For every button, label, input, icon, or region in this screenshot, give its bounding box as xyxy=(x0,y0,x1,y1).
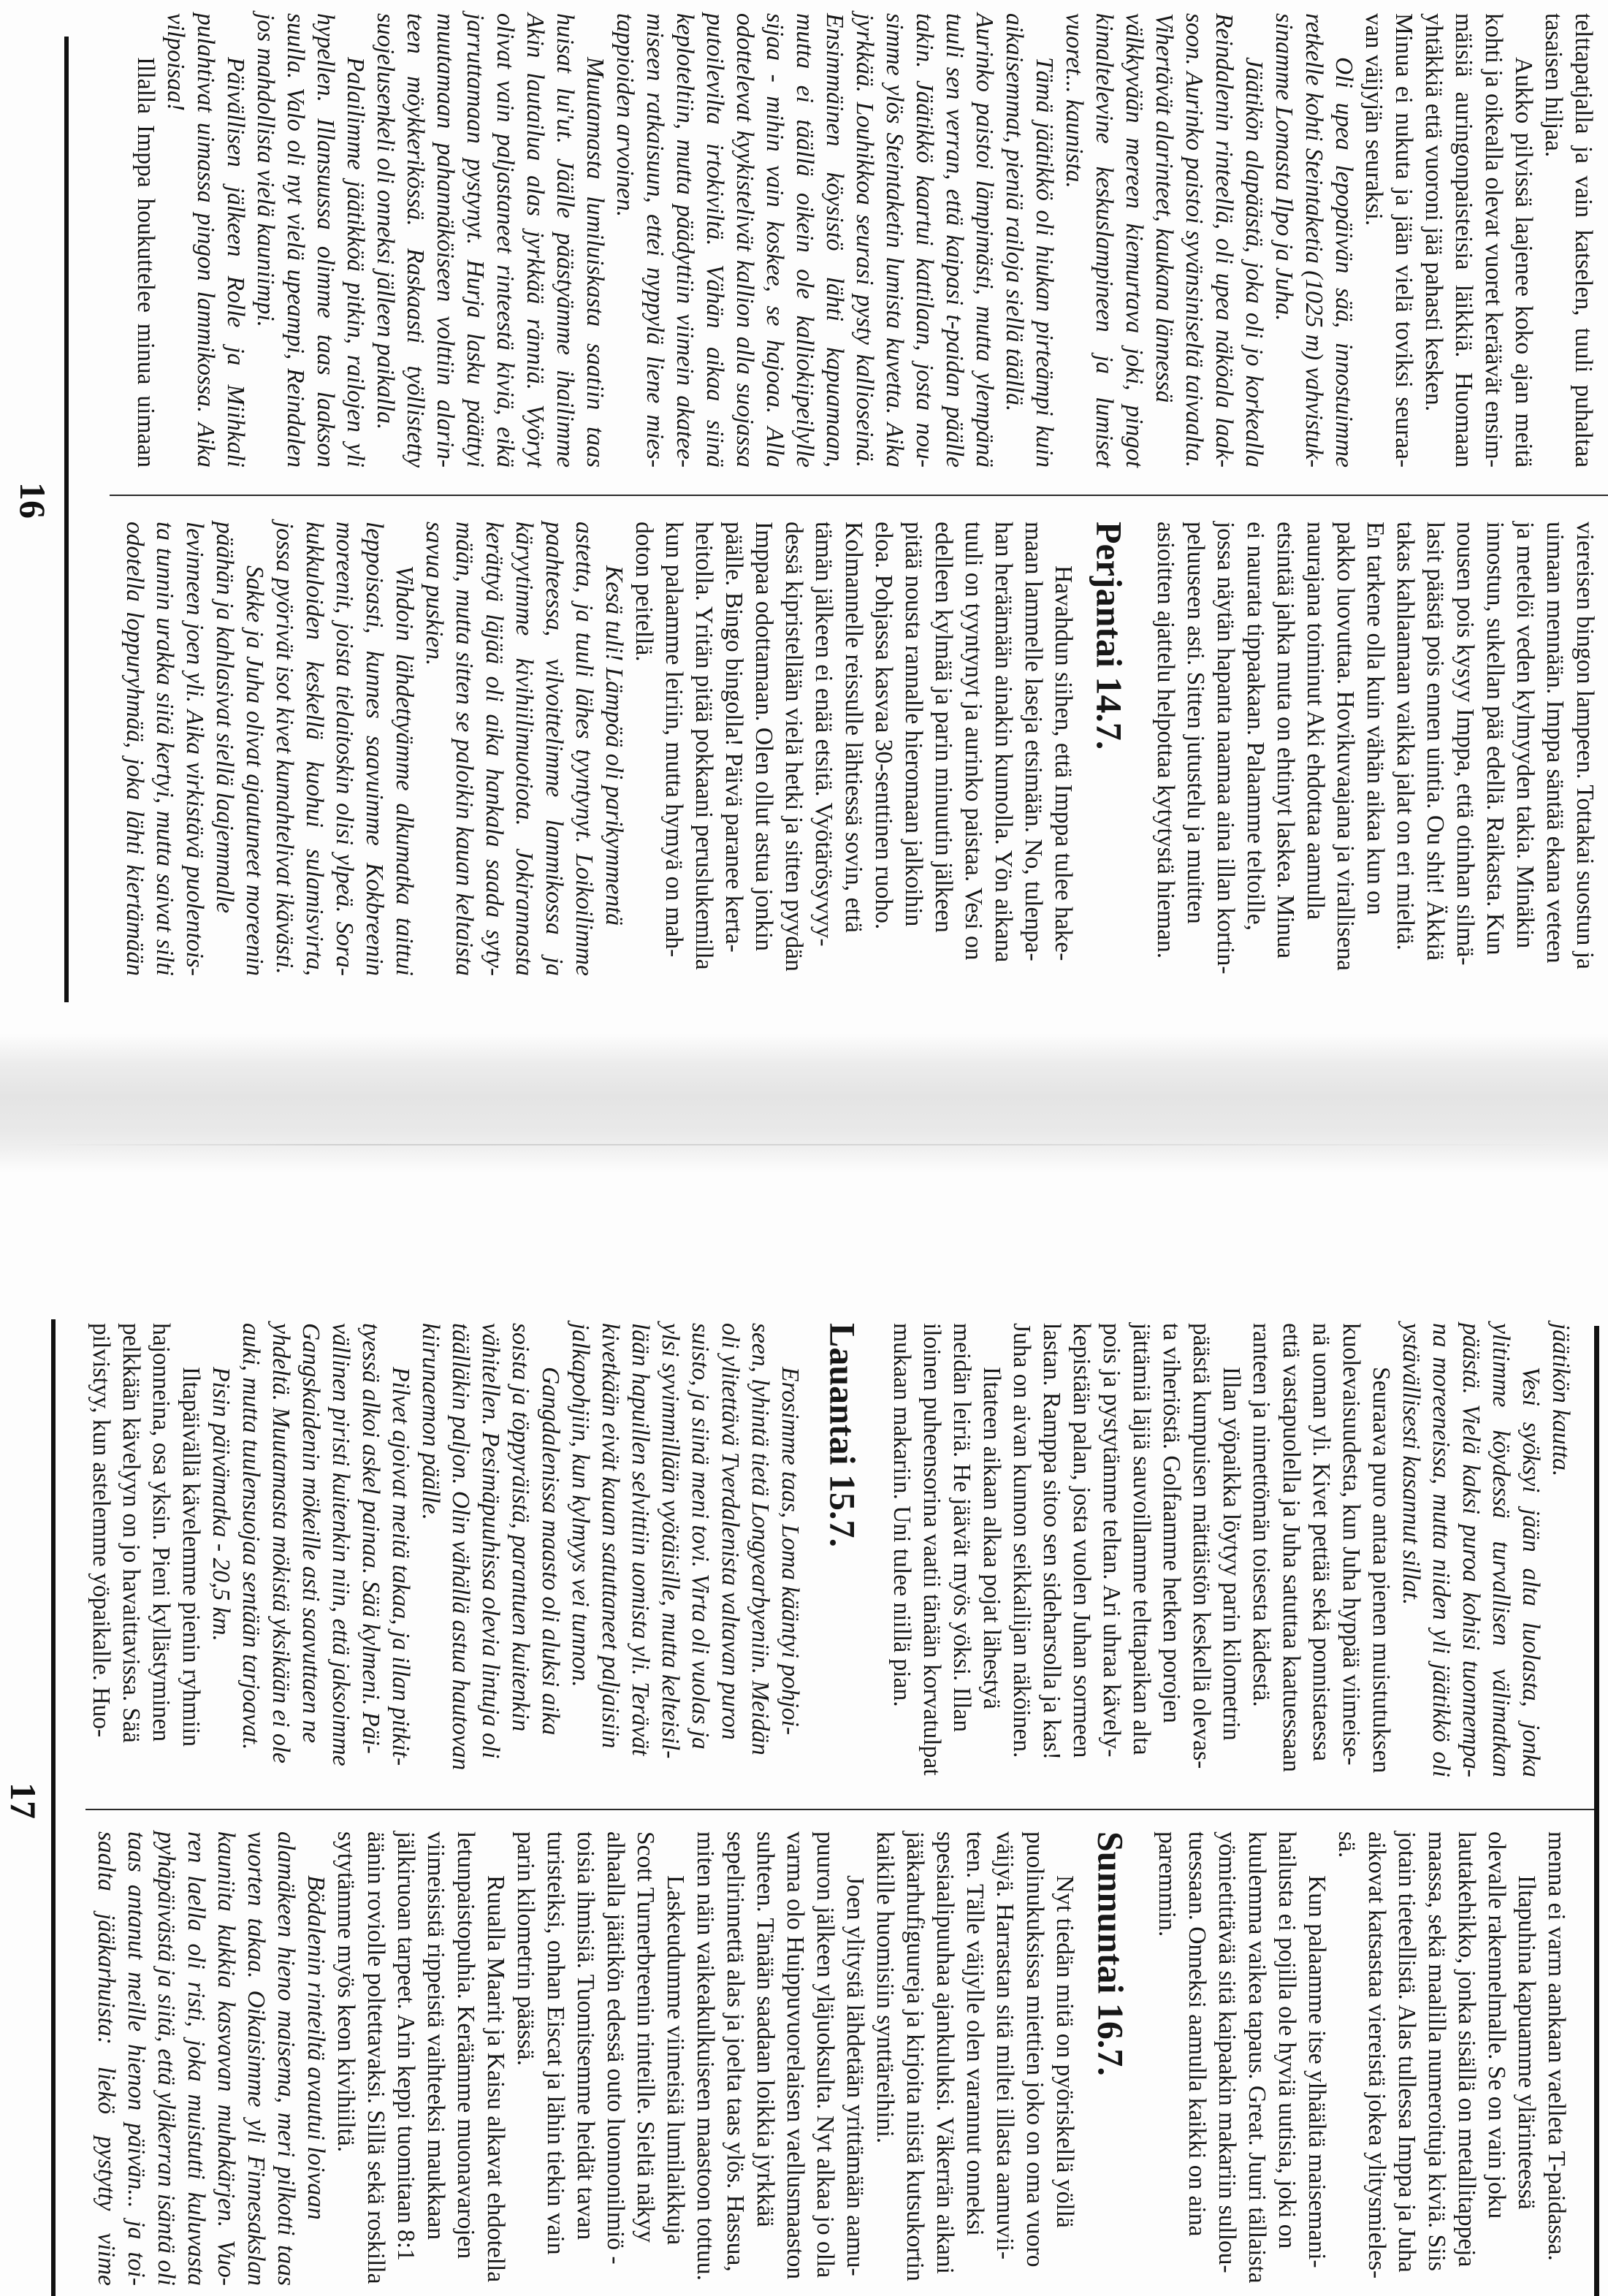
text-line: nousen pois kysyy Imppa, että otinhan si… xyxy=(1450,522,1480,976)
text-line: Vesi syöksyi jään alta luolasta, jonka xyxy=(1516,1323,1546,1777)
text-line: mukaan makariin. Uni tulee niillä pian. xyxy=(887,1323,917,1777)
text-line: Scott Turnerbreenin rinteille. Sieltä nä… xyxy=(630,1831,660,2286)
text-line: kaikille huomisiin synttäreihini. xyxy=(870,1831,900,2286)
text-line: jääkarhufiguureja ja kirjoita niistä kut… xyxy=(900,1831,930,2286)
text-line: odottelevat kyykistelivät kallion alla s… xyxy=(730,13,760,468)
text-line: viereisen bingon lampeen. Tottakai suost… xyxy=(1570,522,1600,976)
text-line: takas kahlaamaan vaikka jalat on eri mie… xyxy=(1390,522,1420,976)
text-line: pulahtivat uimassa pingon lammikossa. Ai… xyxy=(191,13,221,468)
text-line: menna ei varm aankaan vaelleta T-paidass… xyxy=(1542,1831,1571,2286)
text-line: Reindalenin rinteellä, oli upea näköala … xyxy=(1209,13,1239,468)
text-line: Pisin päivämatka - 20,5 km. xyxy=(206,1323,236,1777)
text-line: Vihertävät alarinteet, kaukana lännessä xyxy=(1149,13,1179,468)
text-line: yhdeltä. Muutamasta mökistä yksikään ei … xyxy=(266,1323,296,1777)
text-line: vilpoisaa! xyxy=(161,13,191,468)
text-line: spesiaalipuuhaa ajankuluksi. Väkerrän ai… xyxy=(930,1831,960,2286)
text-line: huisat lui'ut. Jäälle päästyämme ihailim… xyxy=(550,13,580,468)
text-line: suisto, ja siinä meni tovi. Virta oli vu… xyxy=(685,1323,715,1777)
text-line: pyhäpäivästä ja siitä, että yläkerran is… xyxy=(151,1831,181,2286)
text-line: Illan yöpaikka löytyy parin kilometrin xyxy=(1216,1323,1246,1777)
text-line: han heräämään ainakin kunnolla. Yön aika… xyxy=(988,522,1018,976)
text-line: letunpaistopuhia. Keräämme muonavarojen xyxy=(451,1831,481,2286)
text-line: na moreeneissa, mutta niiden yli jäätikk… xyxy=(1426,1323,1456,1777)
text-line: mutta ei täällä oikein ole kalliokiipeil… xyxy=(790,13,820,468)
text-line: ylsi syvimmillään vyötäisille, mutta kel… xyxy=(655,1323,685,1777)
text-line: teen. Tälle väijylle olen varannut onnek… xyxy=(960,1831,990,2286)
text-line: pakko luovuttaa. Hovikuvaajana ja virall… xyxy=(1330,522,1360,976)
text-line: van väijyjän seuraksi. xyxy=(1359,13,1389,468)
text-line: sä. xyxy=(1332,1831,1362,2286)
text-line: Ruualla Maarit ja Kaisu alkavat ehdotell… xyxy=(481,1831,511,2286)
text-line: ystävällisesti kasannut sillat. xyxy=(1396,1323,1426,1777)
text-line: Iltateen aikaan alkaa pojat lähestyä xyxy=(977,1323,1007,1777)
text-line: olevalle rakennelmalle. Se on vain joku xyxy=(1482,1831,1512,2286)
text-line: olivat vain paljastaneet rinteestä kiviä… xyxy=(490,13,520,468)
text-line: tuuli sen verran, että kaipasi t-paidan … xyxy=(940,13,969,468)
text-line: päästä. Vielä kaksi puroa kohisi tuonnem… xyxy=(1456,1323,1486,1777)
text-line: takin. Jäätikkö kaartui kattilaan, josta… xyxy=(910,13,940,468)
text-line: ranteen ja nimettömän toisesta kädestä. xyxy=(1246,1323,1276,1777)
text-line: Pilvet ajoivat meitä takaa, ja illan pit… xyxy=(386,1323,416,1777)
text-line: varma olo Huippuvuorelaisen vaellusmaast… xyxy=(780,1831,810,2286)
text-line: Imppaa odottamaan. Olen ollut astua jonk… xyxy=(749,522,779,976)
text-line: käryytimme kivihiilimuotiota. Jokirannas… xyxy=(509,522,539,976)
text-line: Joen ylitystä lähdetään yrittämään aamu- xyxy=(840,1831,870,2286)
page-17-bottom-rule xyxy=(51,1319,56,2296)
section-heading: Lauantai 15.7. xyxy=(821,1323,865,1777)
text-line: ei naurata tippaakaan. Palaamme teltoill… xyxy=(1241,522,1270,976)
text-line: toisia ihmisiä. Tuomitsemme heidät tavan xyxy=(571,1831,601,2286)
text-line: lautakehikko, jonka sisällä on metallita… xyxy=(1452,1831,1482,2286)
text-line: Ensimmäinen köysistö lähti kapuamaan, xyxy=(820,13,850,468)
text-line: jalkapohjiin, kun kylmyys vei tunnon. xyxy=(565,1323,595,1777)
text-line: Akin lautailua alas jyrkkää ränniä. Vyör… xyxy=(520,13,550,468)
text-line: oli ylitettävä Tverdalenista valtavan pu… xyxy=(715,1323,745,1777)
text-line: En tarkene olla kuin vähän aikaa kun on xyxy=(1360,522,1390,976)
text-line: Gangskaidenin mökeille asti saavuttaen n… xyxy=(296,1323,326,1777)
text-line: puuron jälkeen yläjuoksulta. Nyt alkaa j… xyxy=(810,1831,840,2286)
text-line: Iltapäivällä kävelemme pienin ryhmiin xyxy=(176,1323,206,1777)
section-heading: Perjantai 14.7. xyxy=(1088,522,1132,976)
page-number: 16 xyxy=(17,482,49,519)
text-line: hajonneina, osa yksin. Pieni kyllästymin… xyxy=(146,1323,176,1777)
text-line: doton peitellä. xyxy=(629,522,659,976)
text-line: jarruttamaan pystynyt. Hurja lasku päätt… xyxy=(460,13,490,468)
text-line: jälkiruoan tarpeet. Arin keppi tuomitaan… xyxy=(391,1831,421,2286)
text-line: sinamme Lomasta Ilpo ja Juha. xyxy=(1269,13,1299,468)
text-line: kun palaamme leiriin, mutta hymyä on mah… xyxy=(659,522,689,976)
text-line: kuolevaisuudesta, kun Juha hyppää viimei… xyxy=(1336,1323,1366,1777)
text-line: lasit päästä pois ennen uintia. Ou shit!… xyxy=(1420,522,1450,976)
text-line: että vastapuolella ja Juha satuttaa kaat… xyxy=(1276,1323,1306,1777)
text-line: aikovat katsastaa viereistä jokea ylitys… xyxy=(1362,1831,1392,2286)
text-line: suojelusenkeli oli onneksi jälleen paika… xyxy=(370,13,400,468)
text-line: saalta jääkarhuista: liekö pystytty viim… xyxy=(91,1831,121,2286)
text-line: Erosimme taas, Loma kääntyi pohjoi- xyxy=(775,1323,805,1777)
text-line: sepelirinnettä alas ja joelta taas ylös.… xyxy=(720,1831,750,2286)
text-line: tappioiden arvoinen. xyxy=(610,13,640,468)
text-line: kerättyä läjää oli aika hankala saada sy… xyxy=(479,522,509,976)
text-line: pitää nousta rannalle hieromaan jalkoihi… xyxy=(899,522,929,976)
text-line: jättämiä läjiä sauvoillamme telttapaikan… xyxy=(1127,1323,1157,1777)
text-column-1: telttapatjalla ja vain katselen, tuuli p… xyxy=(131,13,1599,468)
text-line: hailusta ei pojilla ole hyviä uutisia, j… xyxy=(1272,1831,1302,2286)
text-line: taas antanut meille hienon päivän... ja … xyxy=(121,1831,151,2286)
text-line: peluuseen asti. Sitten jutustelu ja muit… xyxy=(1181,522,1211,976)
text-line: auki, mutta tuulensuojaa sentään tarjoav… xyxy=(236,1323,266,1777)
text-line: seen, lyhintä tietä Longyearbyeniin. Mei… xyxy=(745,1323,775,1777)
text-line: jäätikön kautta. xyxy=(1546,1323,1576,1777)
text-line: kiirunaemon päälle. xyxy=(416,1323,446,1777)
page-crease xyxy=(44,1144,1578,1145)
text-line: tämän jälkeen ei enää etsitä. Vyötärösyv… xyxy=(809,522,839,976)
text-line: puolinukuksissa miettien joko on oma vuo… xyxy=(1020,1831,1050,2286)
text-line: moreenit, joista tielaitoskin olisi ylpe… xyxy=(329,522,359,976)
text-line: kauniita kukkia kasvavan muhakärjen. Vuo… xyxy=(211,1831,241,2286)
text-line: ta tunnin urakka siitä kertyi, mutta sai… xyxy=(150,522,180,976)
text-line: väijyä. Harrastan sitä miltei illasta aa… xyxy=(990,1831,1020,2286)
section-heading: Sunnuntai 16.7. xyxy=(1089,1831,1133,2286)
text-column-1: jäätikön kautta. Vesi syöksyi jään alta … xyxy=(86,1323,1576,1777)
text-line: retkelle kohti Steintaketia (1025 m) vah… xyxy=(1299,13,1329,468)
text-line: Kolmannelle reissulle lähtiessä sovin, e… xyxy=(839,522,869,976)
text-line: hypellen. Illansuussa olimme taas laakso… xyxy=(310,13,340,468)
text-line: jos mahdollista vielä kauniimpi. xyxy=(251,13,281,468)
text-line: lastan. Ramppa sitoo sen sideharsolla ja… xyxy=(1037,1323,1067,1777)
text-line: pelkkään kävelyyn on jo havaittavissa. S… xyxy=(116,1323,146,1777)
text-column-2: menna ei varm aankaan vaelleta T-paidass… xyxy=(91,1831,1571,2286)
text-line: päästä kumpuisen mättäistön keskellä ole… xyxy=(1186,1323,1216,1777)
text-line: jossa pyörivät isot kivet kumahtelivat i… xyxy=(270,522,300,976)
text-line: Minua ei nukuta ja jään vielä toviksi se… xyxy=(1389,13,1419,468)
text-line: eloa. Pohjassa kasvaa 30-senttinen ruoho… xyxy=(869,522,899,976)
text-line: Oli upea lepopäivän sää, innostuimme xyxy=(1329,13,1359,468)
text-line: Nyt tiedän mitä on pyöriskellä yöllä xyxy=(1050,1831,1080,2286)
page-gutter xyxy=(0,1034,1608,1172)
text-line: vähitellen. Pesimäpuuhissa olevia lintuj… xyxy=(476,1323,506,1777)
text-line: ja metelöi veden kylmyyden takia. Minäki… xyxy=(1510,522,1540,976)
text-line: jossa näytän hapanta naamaa aina illan k… xyxy=(1211,522,1241,976)
text-line: päähän ja kahlasivat siellä laajemmalle xyxy=(210,522,240,976)
text-line: miseen ratkaisuun, ettei nyppylä liene m… xyxy=(640,13,670,468)
text-line: Kun palaamme itse ylhäältä maisemani- xyxy=(1302,1831,1332,2286)
page-16-bottom-rule xyxy=(64,37,69,1002)
text-line: Aurinko paistoi lämpimästi, mutta ylempä… xyxy=(969,13,999,468)
text-line: Kesä tuli! Lämpöä oli parikymmentä xyxy=(599,522,629,976)
text-line: odotella loppuryhmää, joka lähti kiertäm… xyxy=(120,522,150,976)
text-line: Laskeudumme viimeisiä lumilaikkuja xyxy=(660,1831,690,2286)
text-line: sijaa - mihin vain koskee, se hajoaa. Al… xyxy=(760,13,790,468)
text-line: miten näin vaikeakulkuiseen maastoon tot… xyxy=(690,1831,720,2286)
text-line: putoilevilta irtokiviltä. Vähän aikaa si… xyxy=(700,13,730,468)
text-line: mään, mutta sitten se paloikin kauan kel… xyxy=(449,522,479,976)
text-line: astetta, ja tuuli lähes tyyntynyt. Loiko… xyxy=(569,522,599,976)
text-line: simme ylös Steintaketin lumista kuvetta.… xyxy=(880,13,910,468)
text-line: telttapatjalla ja vain katselen, tuuli p… xyxy=(1569,13,1599,468)
text-line: vuoret... kaunista. xyxy=(1059,13,1089,468)
text-line: keploteltiin, mutta päädyttiin viimein a… xyxy=(670,13,700,468)
text-line: maassa, sekä maalilla numeroituja kiviä.… xyxy=(1422,1831,1452,2286)
text-line: heitolla. Yritän pitää pokkaani perusluk… xyxy=(689,522,719,976)
text-line: tuessaan. Onneksi aamulla kaikki on aina xyxy=(1182,1831,1212,2286)
text-line: vuorten takaa. Oikaisimme yli Finnesaksl… xyxy=(241,1831,271,2286)
text-line: Illalla Imppa houkuttelee minua uimaan xyxy=(131,13,161,468)
text-line: Jäätikön alapäästä, joka oli jo korkeall… xyxy=(1239,13,1269,468)
text-line: soon. Aurinko paistoi syvänsiniseltä tai… xyxy=(1179,13,1209,468)
text-line: leppoisasti, kunnes saavuimme Kokbreenin xyxy=(359,522,389,976)
text-line: pois ja pystytämme teltan. Ari uhraa käv… xyxy=(1097,1323,1127,1777)
text-line: tyessä alkoi askel painaa. Sää kylmeni. … xyxy=(356,1323,386,1777)
text-line: edelleen kylmää ja parin minuutin jälkee… xyxy=(929,522,959,976)
text-line: suhteen. Tänään saadaan loikkia jyrkkää xyxy=(750,1831,780,2286)
text-line: Juha on aivan kunnon seikkailijan näköin… xyxy=(1007,1323,1037,1777)
column-divider xyxy=(85,1809,1594,1810)
text-line: Seuraava puro antaa pienen muistutuksen xyxy=(1366,1323,1396,1777)
text-line: jotain tieteellistä. Alas tullessa Imppa… xyxy=(1392,1831,1422,2286)
text-line: alamäkeen hieno maisema, meri pilkotti t… xyxy=(271,1831,301,2286)
text-line: naurajana toiminut Aki ehdottaa aamulla xyxy=(1300,522,1330,976)
text-line: aikaisemmat, pieniä railoja siellä tääll… xyxy=(999,13,1029,468)
text-line: Havahdun siihen, että Imppa tulee hake- xyxy=(1048,522,1078,976)
text-line: parin kilometrin päässä. xyxy=(511,1831,541,2286)
text-line: muutamaan pahannäköiseen volttiin alarin… xyxy=(430,13,460,468)
text-line: nä uoman yli. Kivet pettää sekä ponnista… xyxy=(1306,1323,1336,1777)
text-line: asioitten ajattelu helpottaa kytytystä h… xyxy=(1151,522,1181,976)
text-line: innostun, sukellan pää edellä. Raikasta.… xyxy=(1480,522,1510,976)
text-column-2: viereisen bingon lampeen. Tottakai suost… xyxy=(120,522,1600,976)
text-line: kuulemma vaikea tapaus. Great. Juuri täl… xyxy=(1242,1831,1272,2286)
text-line: Tämä jäätikkö oli hiukan pirteämpi kuin xyxy=(1029,13,1059,468)
text-line: Muutamasta lumiluiskasta saatiin taas xyxy=(580,13,610,468)
text-line: sytytämme myös keon kivihiiltä. xyxy=(331,1831,361,2286)
text-line: vällinen piristi kuitenkin niin, että ja… xyxy=(326,1323,356,1777)
text-line: Gangdalenissa maasto oli aluksi aika xyxy=(536,1323,565,1777)
text-line: dessä kipristellään vielä hetki ja sitte… xyxy=(779,522,809,976)
text-line: Iltapuhina kapuamme ylärinteessä xyxy=(1512,1831,1542,2286)
text-line: uimaan mennään. Imppa säntää ekana vetee… xyxy=(1540,522,1570,976)
text-line: Päivällisen jälkeen Rolle ja Miihkali xyxy=(221,13,251,468)
text-line: savua puskien. xyxy=(419,522,449,976)
page-17-top-rule xyxy=(1594,1326,1599,2296)
text-line: päälle. Bingo bingolla! Päivä paranee ke… xyxy=(719,522,749,976)
text-line: kimaltelevine keskuslampineen ja lumiset xyxy=(1089,13,1119,468)
text-line: yhtäkkiä että vuoroni jää pahasti kesken… xyxy=(1419,13,1449,468)
text-line: soista ja töppyräistä, parantuen kuitenk… xyxy=(506,1323,536,1777)
column-divider xyxy=(110,495,1608,496)
text-line: Bödalenin rinteiltä avautui loivaan xyxy=(301,1831,331,2286)
text-line: maan lammelle laseja etsimään. No, tulen… xyxy=(1018,522,1048,976)
text-line: täälläkin paljon. Olin vähällä astua hau… xyxy=(446,1323,476,1777)
text-line: paahteessa, vilvoittelimme lammikossa ja xyxy=(539,522,569,976)
text-line: ren laella oli risti, joka muistutti kul… xyxy=(181,1831,211,2286)
text-line: iloinen puheensorina vaatii tänään korva… xyxy=(917,1323,947,1777)
text-line: meidän leiriä. He jäävät myös yöksi. Ill… xyxy=(947,1323,977,1777)
text-line: turisteiksi, onhan Eiscat ja lähin tieki… xyxy=(541,1831,571,2286)
text-line: kohti ja oikealla olevat vuoret keräävät… xyxy=(1479,13,1509,468)
text-line: äänin roviolle poltettavaksi. Sillä sekä… xyxy=(361,1831,391,2286)
text-line: kukkuloiden keskellä kuohui sulamisvirta… xyxy=(300,522,329,976)
text-line: tuuli on tyyntynyt ja aurinko paistaa. V… xyxy=(959,522,988,976)
text-line: levinneen joen yli. Aika virkistävä puol… xyxy=(180,522,210,976)
text-line: jyrkkää. Louhikkoa seurasi pysty kallios… xyxy=(850,13,880,468)
text-line: Aukko pilvissä laajenee koko ajan meitä xyxy=(1509,13,1539,468)
text-line: Sakke ja Juha olivat ajautuneet moreenin xyxy=(240,522,270,976)
text-line: pilvistyy, kun astelemme yöpaikalle. Huo… xyxy=(86,1323,116,1777)
text-line: suulla. Valo oli nyt vielä upeampi, Rein… xyxy=(281,13,310,468)
text-line: ta viheriöstä. Golfaamme hetken porojen xyxy=(1157,1323,1186,1777)
text-line: mäisiä auringonpaisteisia läikkiä. Huoma… xyxy=(1449,13,1479,468)
text-line: ylitimme köydessä turvallisen välimatkan xyxy=(1486,1323,1516,1777)
text-line: tasaisen hiljaa. xyxy=(1539,13,1569,468)
text-line: Palailimme jäätikköä pitkin, railojen yl… xyxy=(340,13,370,468)
text-line: lään hapuillen selvittiin uomista yli. T… xyxy=(625,1323,655,1777)
page-number: 17 xyxy=(7,1782,39,1819)
text-line: kivetkään eivät kauan satuttaneet paljai… xyxy=(595,1323,625,1777)
text-line: yömietittävää sitä kaipaakin makariin su… xyxy=(1212,1831,1242,2286)
text-line: etsintää jahka muta on ehtinyt laskea. M… xyxy=(1270,522,1300,976)
text-line: viimeisistä rippeistä vaihteeksi maukkaa… xyxy=(421,1831,451,2286)
text-line: Vihdoin lähdettyämme alkumatka taittui xyxy=(389,522,419,976)
text-line: kepistään palan, josta vuolen Juhan sorm… xyxy=(1067,1323,1097,1777)
text-line: teen möykkerikössä. Raskaasti työllistet… xyxy=(400,13,430,468)
text-line: alhaalla jäätikön edessä outo luonnonilm… xyxy=(601,1831,630,2286)
text-line: välkkyvään mereen kiemurtava joki, pingo… xyxy=(1119,13,1149,468)
text-line: paremmin. xyxy=(1152,1831,1182,2286)
